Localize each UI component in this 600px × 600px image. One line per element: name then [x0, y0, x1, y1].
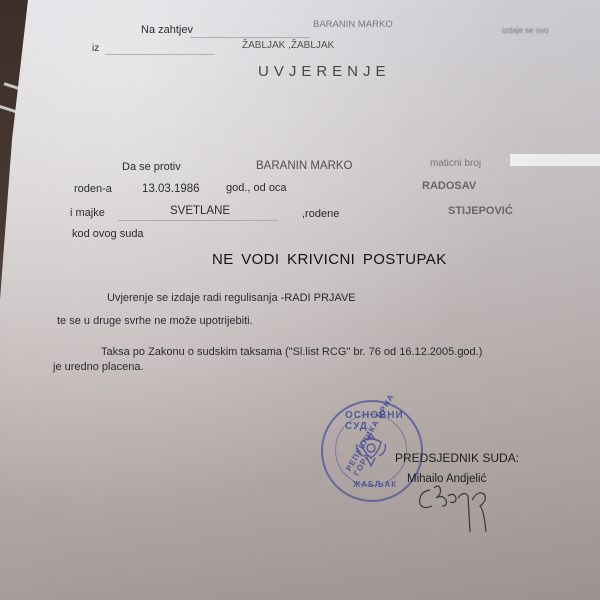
from-label: iz [92, 43, 99, 54]
id-number-redacted [510, 154, 600, 166]
id-label: maticni broj [430, 158, 481, 169]
mother-name: SVETLANE [170, 205, 230, 217]
signatory-name: Mihailo Andjelić [407, 473, 486, 485]
stamp-outer-text: РЕПУБЛИКА ЦРНА ГОРА [344, 389, 406, 478]
father-label: god., od oca [226, 182, 287, 194]
mother-maiden-name: STIJEPOVIĆ [448, 205, 513, 217]
stamp-inner-ring [335, 414, 407, 486]
issued-note: izdaje se ovo [502, 26, 549, 35]
mother-label: i majke [70, 207, 105, 219]
handwritten-signature [410, 482, 510, 542]
request-label: Na zahtjev [141, 24, 193, 36]
purpose-line-1: Uvjerenje se izdaje radi regulisanja -RA… [107, 292, 356, 304]
born-label: roden-a [74, 183, 112, 195]
document-title: UVJERENJE [258, 63, 391, 80]
stamp-bottom-text: ЖАБЉАК [353, 480, 397, 489]
fee-line-1: Taksa po Zakonu o sudskim taksama ("Sl.l… [101, 346, 482, 358]
against-label: Da se protiv [122, 161, 181, 173]
purpose-line-2: te se u druge svrhe ne može upotrijebiti… [57, 315, 253, 327]
mother-born-label: ,rodene [302, 208, 339, 220]
verdict-heading: NE VODI KRIVICNI POSTUPAK [212, 251, 447, 268]
person-name: BARANIN MARKO [256, 160, 353, 172]
fee-line-2: je uredno placena. [53, 361, 144, 373]
certificate-paper: Na zahtjev BARANIN MARKO izdaje se ovo i… [0, 0, 600, 600]
from-place: ŽABLJAK ,ŽABLJAK [242, 40, 334, 51]
father-name: RADOSAV [422, 180, 476, 192]
signatory-title: PREDSJEDNIK SUDA: [395, 451, 519, 465]
court-label: kod ovog suda [72, 228, 144, 240]
coat-of-arms-icon [353, 430, 389, 470]
from-underline [105, 54, 215, 55]
mother-underline [118, 220, 278, 221]
court-stamp: РЕПУБЛИКА ЦРНА ГОРА ОСНОВНИ СУД ЖАБЉАК [321, 400, 423, 502]
birth-date: 13.03.1986 [142, 183, 200, 195]
request-underline [190, 37, 310, 38]
stamp-middle-text: ОСНОВНИ СУД [345, 410, 421, 432]
request-name: BARANIN MARKO [313, 19, 393, 30]
